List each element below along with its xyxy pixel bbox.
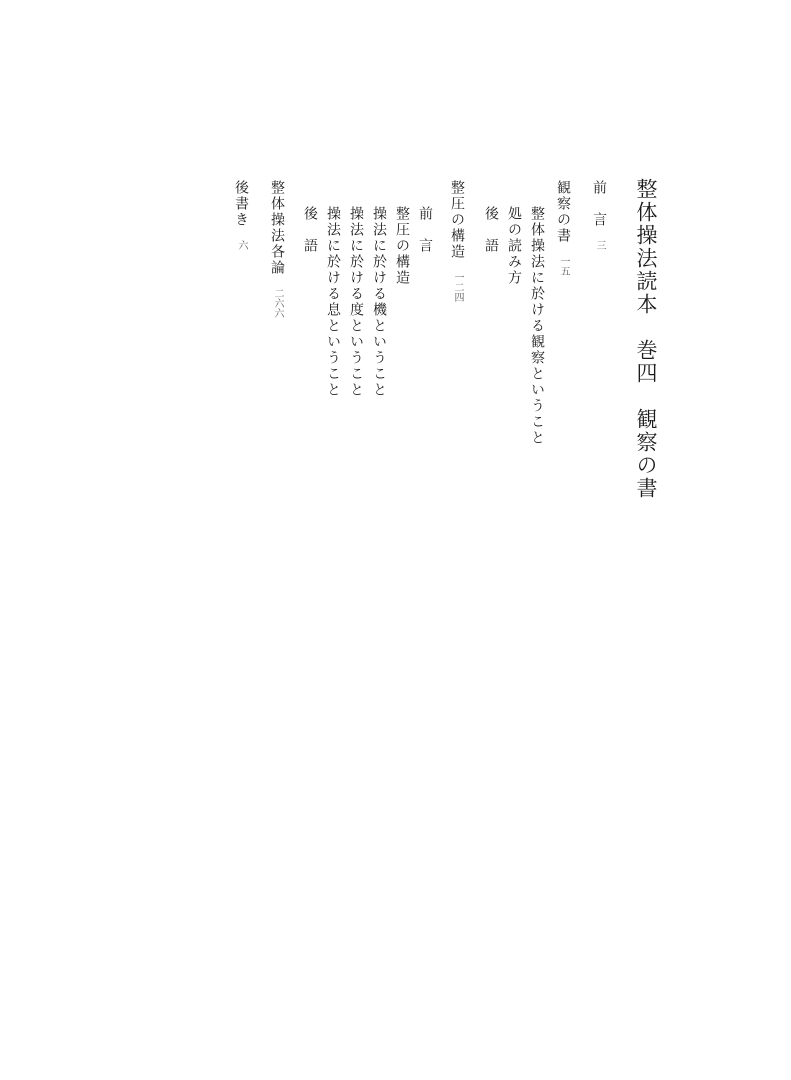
toc-subentry: 前 言	[418, 206, 432, 254]
toc-subentry: 処の読み方	[507, 206, 521, 286]
toc-subentry: 後 語	[303, 206, 317, 254]
toc-subentry: 操法に於ける息ということ	[326, 206, 340, 398]
toc-label: 整体操法各論	[269, 180, 285, 276]
toc-subentry: 操法に於ける機ということ	[372, 206, 386, 398]
toc-page-number: 一五	[558, 256, 569, 276]
toc-subentry: 整体操法に於ける観察ということ	[530, 206, 544, 446]
page-title: 整体操法読本 巻四 観察の書	[635, 178, 656, 500]
toc-entry-afterword: 後書き六	[234, 180, 248, 250]
toc-label: 前 言	[591, 180, 607, 228]
toc-subentry: 操法に於ける度ということ	[349, 206, 363, 398]
toc-label: 整圧の構造	[449, 180, 465, 260]
toc-subentry: 整圧の構造	[395, 206, 409, 286]
toc-page-number: 六	[236, 240, 247, 250]
toc-entry-kakuron: 整体操法各論二六六	[270, 180, 284, 318]
toc-label: 後書き	[233, 180, 249, 228]
toc-page-number: 一二四	[452, 272, 463, 302]
toc-page-number: 二六六	[272, 288, 283, 318]
toc-entry-observation: 観察の書一五	[556, 180, 570, 276]
toc-entry-foreword: 前 言三	[592, 180, 606, 250]
toc-entry-seiatsu: 整圧の構造一二四	[450, 180, 464, 302]
toc-page-number: 三	[594, 240, 605, 250]
toc-subentry: 後 語	[484, 206, 498, 254]
toc-label: 観察の書	[555, 180, 571, 244]
